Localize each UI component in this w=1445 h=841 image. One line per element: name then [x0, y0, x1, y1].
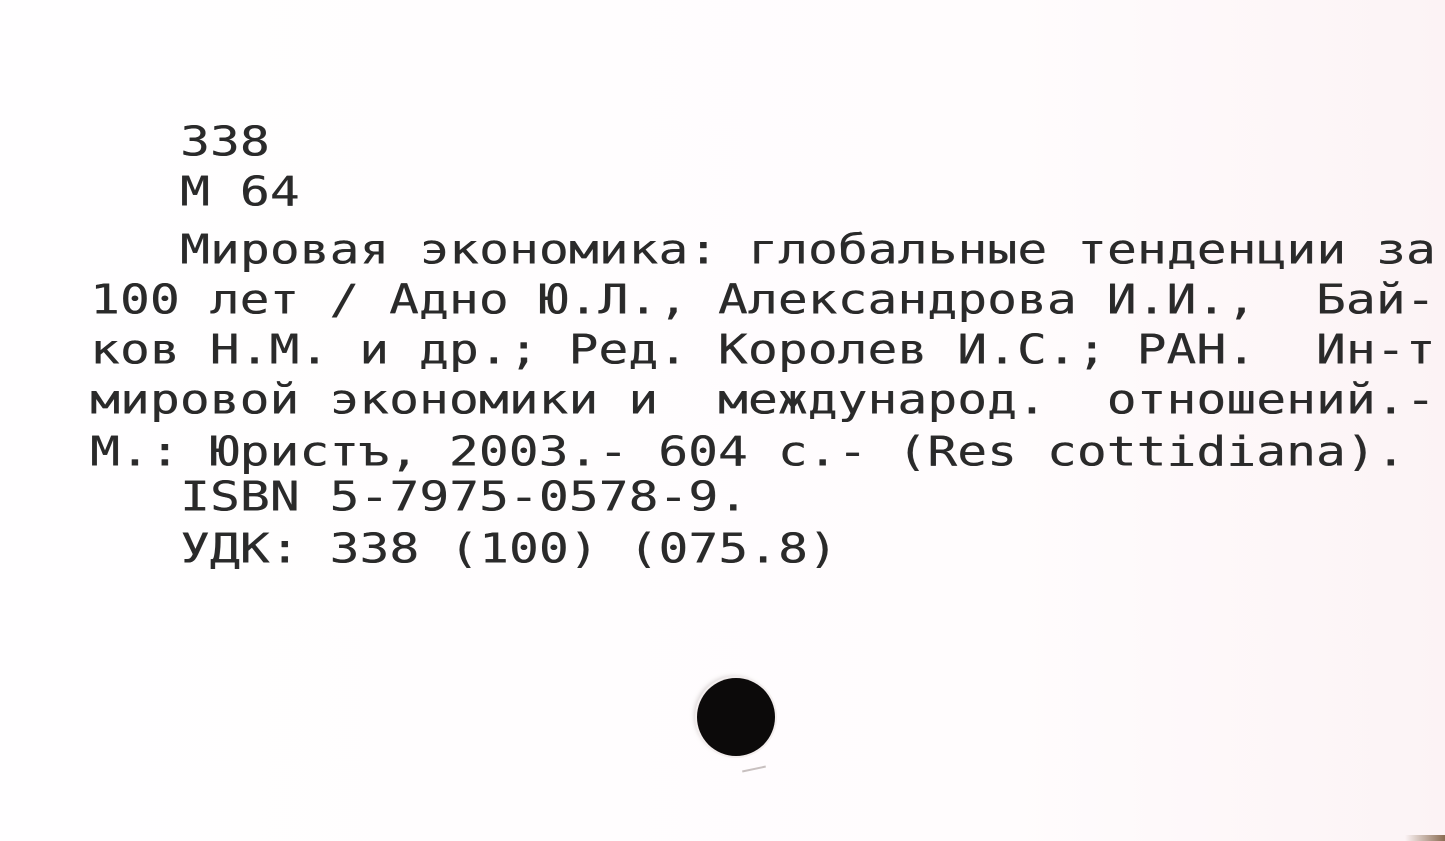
title-line-4: мировой экономики и международ. отношени…: [90, 379, 1436, 420]
card-edge-shadow: [1405, 835, 1445, 841]
isbn: ISBN 5-7975-0578-9.: [180, 476, 748, 517]
paper-tear-mark: [742, 766, 766, 773]
udc-classification: УДК: 338 (100) (075.8): [180, 528, 838, 569]
punch-hole: [697, 678, 775, 756]
author-mark: М 64: [180, 171, 300, 212]
title-line-2: 100 лет / Адно Ю.Л., Александрова И.И., …: [90, 279, 1436, 320]
call-number: 338: [180, 121, 270, 162]
catalog-card: 338 М 64 Мировая экономика: глобальные т…: [0, 0, 1445, 841]
imprint-line: М.: Юристъ, 2003.- 604 с.- (Res cottidia…: [90, 431, 1406, 472]
title-line-3: ков Н.М. и др.; Ред. Королев И.С.; РАН. …: [90, 329, 1436, 370]
title-line-1: Мировая экономика: глобальные тенденции …: [180, 229, 1436, 270]
